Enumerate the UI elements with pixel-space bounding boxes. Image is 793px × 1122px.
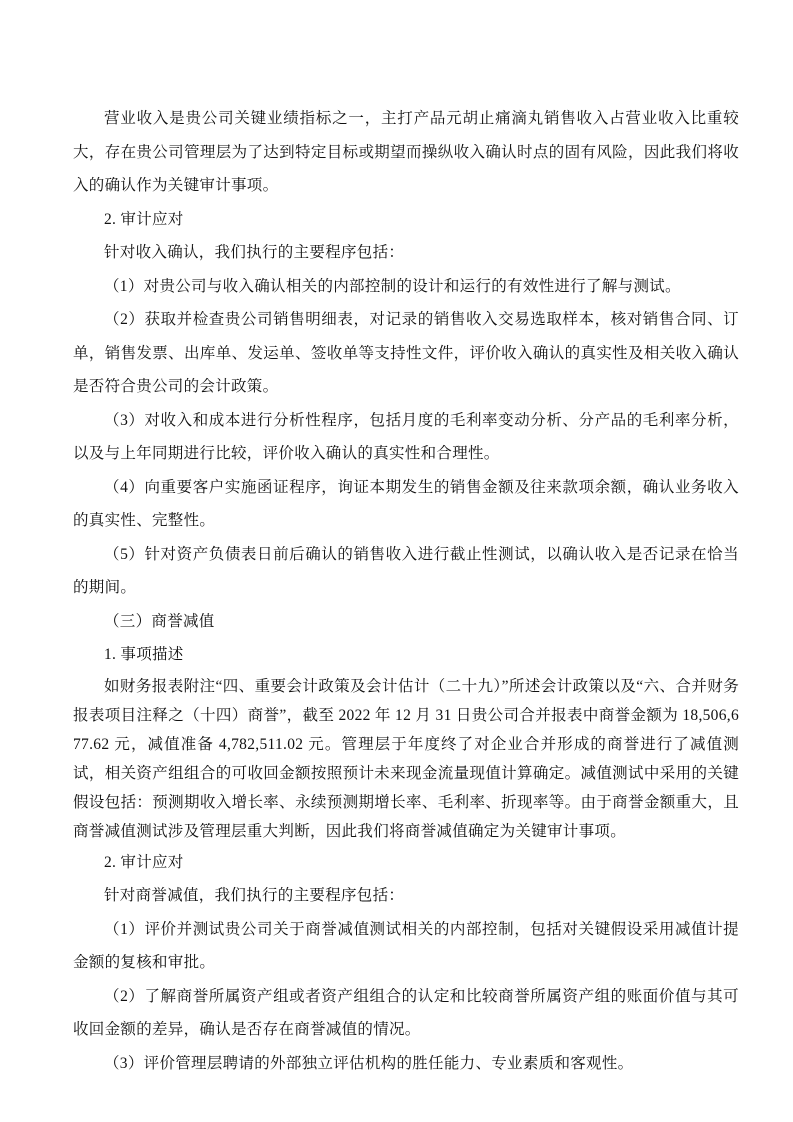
heading-goodwill-impairment: （三）商誉减值 (73, 605, 739, 639)
para-goodwill-procedure-3: （3）评价管理层聘请的外部独立评估机构的胜任能力、专业素质和客观性。 (73, 1047, 739, 1081)
para-revenue-procedure-3: （3）对收入和成本进行分析性程序，包括月度的毛利率变动分析、分产品的毛利率分析，… (73, 404, 739, 471)
para-goodwill-procedures-intro: 针对商誉减值，我们执行的主要程序包括： (73, 879, 739, 913)
para-revenue-procedures-intro: 针对收入确认，我们执行的主要程序包括： (73, 236, 739, 270)
document-page: 营业收入是贵公司关键业绩指标之一，主打产品元胡止痛滴丸销售收入占营业收入比重较大… (0, 0, 793, 1122)
para-revenue-procedure-2: （2）获取并检查贵公司销售明细表，对记录的销售收入交易选取样本，核对销售合同、订… (73, 303, 739, 404)
para-revenue-key-audit-matter: 营业收入是贵公司关键业绩指标之一，主打产品元胡止痛滴丸销售收入占营业收入比重较大… (73, 102, 739, 203)
heading-audit-response-goodwill: 2. 审计应对 (73, 846, 739, 880)
para-goodwill-procedure-1: （1）评价并测试贵公司关于商誉减值测试相关的内部控制，包括对关键假设采用减值计提… (73, 913, 739, 980)
para-goodwill-procedure-2: （2）了解商誉所属资产组或者资产组组合的认定和比较商誉所属资产组的账面价值与其可… (73, 980, 739, 1047)
para-goodwill-description: 如财务报表附注“四、重要会计政策及会计估计（二十九）”所述会计政策以及“六、合并… (73, 672, 739, 846)
para-revenue-procedure-1: （1）对贵公司与收入确认相关的内部控制的设计和运行的有效性进行了解与测试。 (73, 270, 739, 304)
para-revenue-procedure-5: （5）针对资产负债表日前后确认的销售收入进行截止性测试，以确认收入是否记录在恰当… (73, 538, 739, 605)
heading-matter-description: 1. 事项描述 (73, 638, 739, 672)
para-revenue-procedure-4: （4）向重要客户实施函证程序，询证本期发生的销售金额及往来款项余额，确认业务收入… (73, 471, 739, 538)
heading-audit-response-revenue: 2. 审计应对 (73, 203, 739, 237)
